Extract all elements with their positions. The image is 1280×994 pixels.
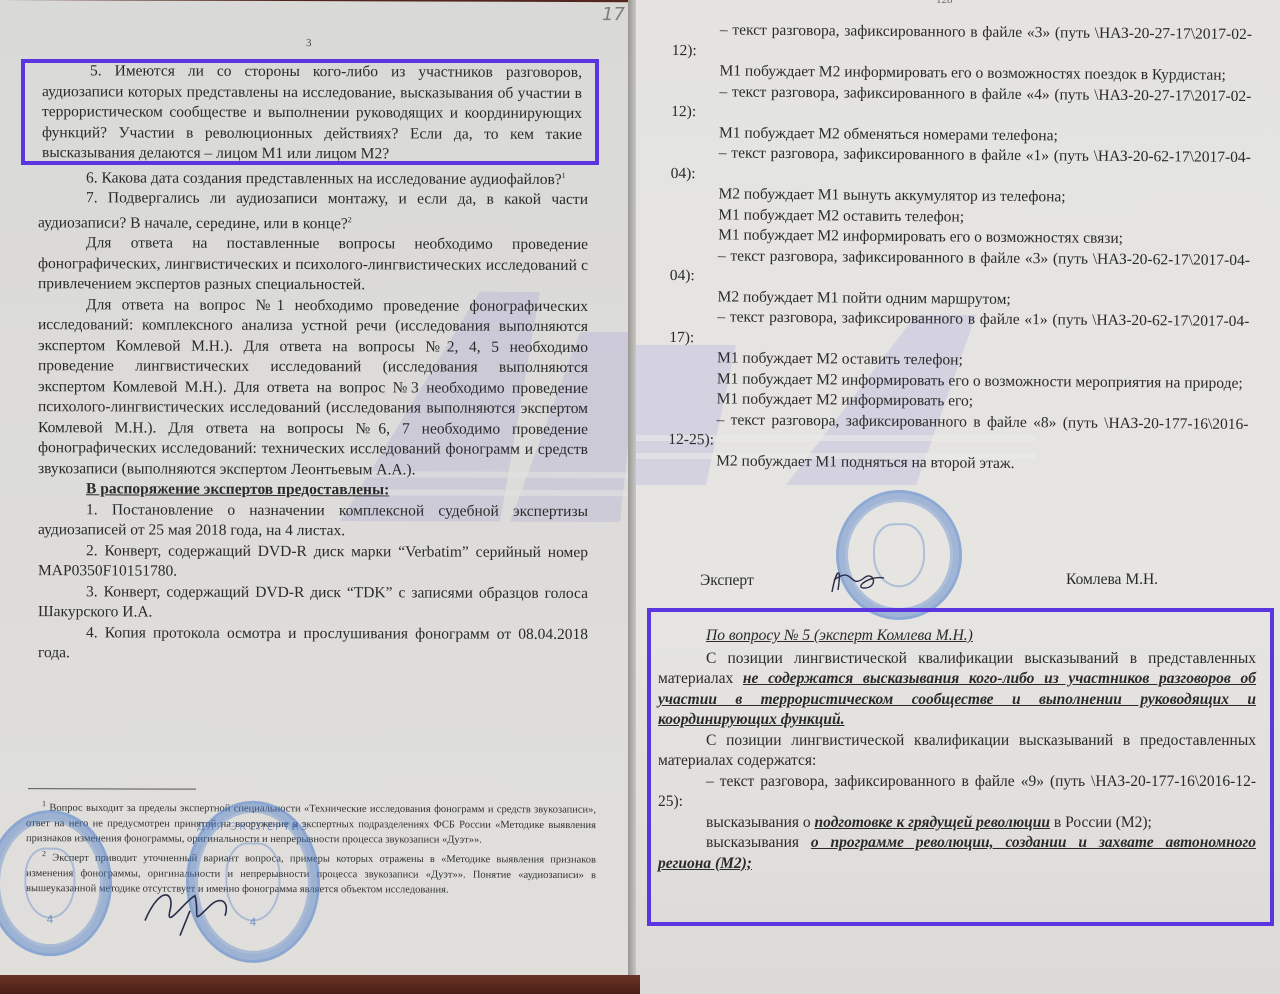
conversation-file-entry: – текст разговора, зафиксированного в фа…	[669, 307, 1249, 353]
stamp-number: 4	[0, 913, 109, 926]
conversation-file-entry: – текст разговора, зафиксированного в фа…	[671, 143, 1251, 189]
question-6-text: 6. Какова дата создания представленных н…	[86, 169, 562, 188]
material-item: 2. Конверт, содержащий DVD-R диск марки …	[38, 541, 588, 584]
answer-p4-lead: высказывания о	[706, 814, 815, 831]
conversation-file-entry: – текст разговора, зафиксированного в фа…	[671, 81, 1251, 127]
conversation-file-entry: – текст разговора, зафиксированного в фа…	[672, 20, 1252, 66]
footnote-1-text: Вопрос выходит за пределы экспертной спе…	[26, 803, 596, 846]
page-number: 3	[306, 37, 312, 49]
footnotes: 1 Вопрос выходит за пределы экспертной с…	[26, 796, 596, 898]
assignments-paragraph: Для ответа на вопрос №1 необходимо прове…	[38, 295, 588, 481]
left-document-page: 17 3 5. Имеются ли со стороны кого-либо …	[0, 0, 628, 977]
footnote-ref-1[interactable]: 1	[562, 170, 566, 179]
signature-scribble	[824, 560, 894, 596]
stamp-emblem-icon	[873, 523, 925, 587]
question-5: 5. Имеются ли со стороны кого-либо из уч…	[38, 61, 588, 165]
answer-paragraph-5: высказывания о программе революции, созд…	[658, 833, 1256, 874]
materials-heading-row: В распоряжение экспертов предоставлены:	[38, 479, 588, 501]
material-item: 1. Постановление о назначении комплексно…	[38, 500, 588, 543]
footnote-ref-2[interactable]: 2	[348, 215, 352, 224]
conversation-file-entry: – текст разговора, зафиксированного в фа…	[670, 245, 1250, 291]
answer-p4-emphasis: подготовке к грядущей революции	[815, 814, 1050, 831]
materials-heading: В распоряжение экспертов предоставлены:	[86, 481, 389, 499]
answer-heading: По вопросу № 5 (эксперт Комлева М.Н.)	[706, 627, 973, 644]
conversation-file-entry: – текст разговора, зафиксированного в фа…	[668, 409, 1248, 455]
answer-paragraph-3: – текст разговора, зафиксированного в фа…	[658, 772, 1256, 813]
answer-paragraph-4: высказывания о подготовке к грядущей рев…	[658, 813, 1256, 834]
statement-entry: М2 побуждает М1 подняться на второй этаж…	[668, 450, 1248, 476]
footnote-divider	[28, 788, 196, 790]
footnote-1: 1 Вопрос выходит за пределы экспертной с…	[26, 796, 596, 848]
answer-question-5: По вопросу № 5 (эксперт Комлева М.Н.) С …	[658, 626, 1256, 874]
right-page-body: – текст разговора, зафиксированного в фа…	[668, 20, 1252, 476]
page-number: 128	[936, 0, 953, 6]
question-7: 7. Подвергались ли аудиозаписи монтажу, …	[38, 188, 588, 235]
signature-role: Эксперт	[700, 572, 754, 590]
answer-paragraph-1: С позиции лингвистической квалификации в…	[658, 649, 1256, 731]
handwritten-sheet-number: 17	[602, 4, 625, 25]
answer-p4-tail: в России (М2);	[1050, 814, 1152, 831]
signature-name: Комлева М.Н.	[1066, 571, 1158, 589]
answer-paragraph-2: С позиции лингвистической квалификации в…	[658, 731, 1256, 772]
question-7-text: 7. Подвергались ли аудиозаписи монтажу, …	[38, 189, 588, 232]
stamp-number: 4	[189, 916, 317, 929]
footnote-2: 2 Эксперт приводит уточненный вариант во…	[26, 846, 596, 898]
material-item: 4. Копия протокола осмотра и прослушиван…	[38, 623, 588, 666]
table-surface	[0, 975, 640, 994]
left-page-body: 5. Имеются ли со стороны кого-либо из уч…	[38, 61, 588, 666]
footnote-2-text: Эксперт приводит уточненный вариант вопр…	[26, 853, 596, 896]
right-document-page: 128 – текст разговора, зафиксированного …	[636, 0, 1280, 994]
question-6: 6. Какова дата создания представленных н…	[38, 164, 588, 191]
answer-p1-emphasis: не содержатся высказывания кого-либо из …	[658, 670, 1256, 728]
footnote-2-marker: 2	[42, 849, 46, 858]
answer-p5-lead: высказывания	[706, 834, 811, 851]
footnote-1-marker: 1	[42, 799, 46, 808]
material-item: 3. Конверт, содержащий DVD-R диск “TDK” …	[38, 582, 588, 625]
official-stamp-right	[836, 490, 962, 620]
methods-paragraph: Для ответа на поставленные вопросы необх…	[38, 233, 588, 296]
page-gutter	[628, 0, 636, 994]
